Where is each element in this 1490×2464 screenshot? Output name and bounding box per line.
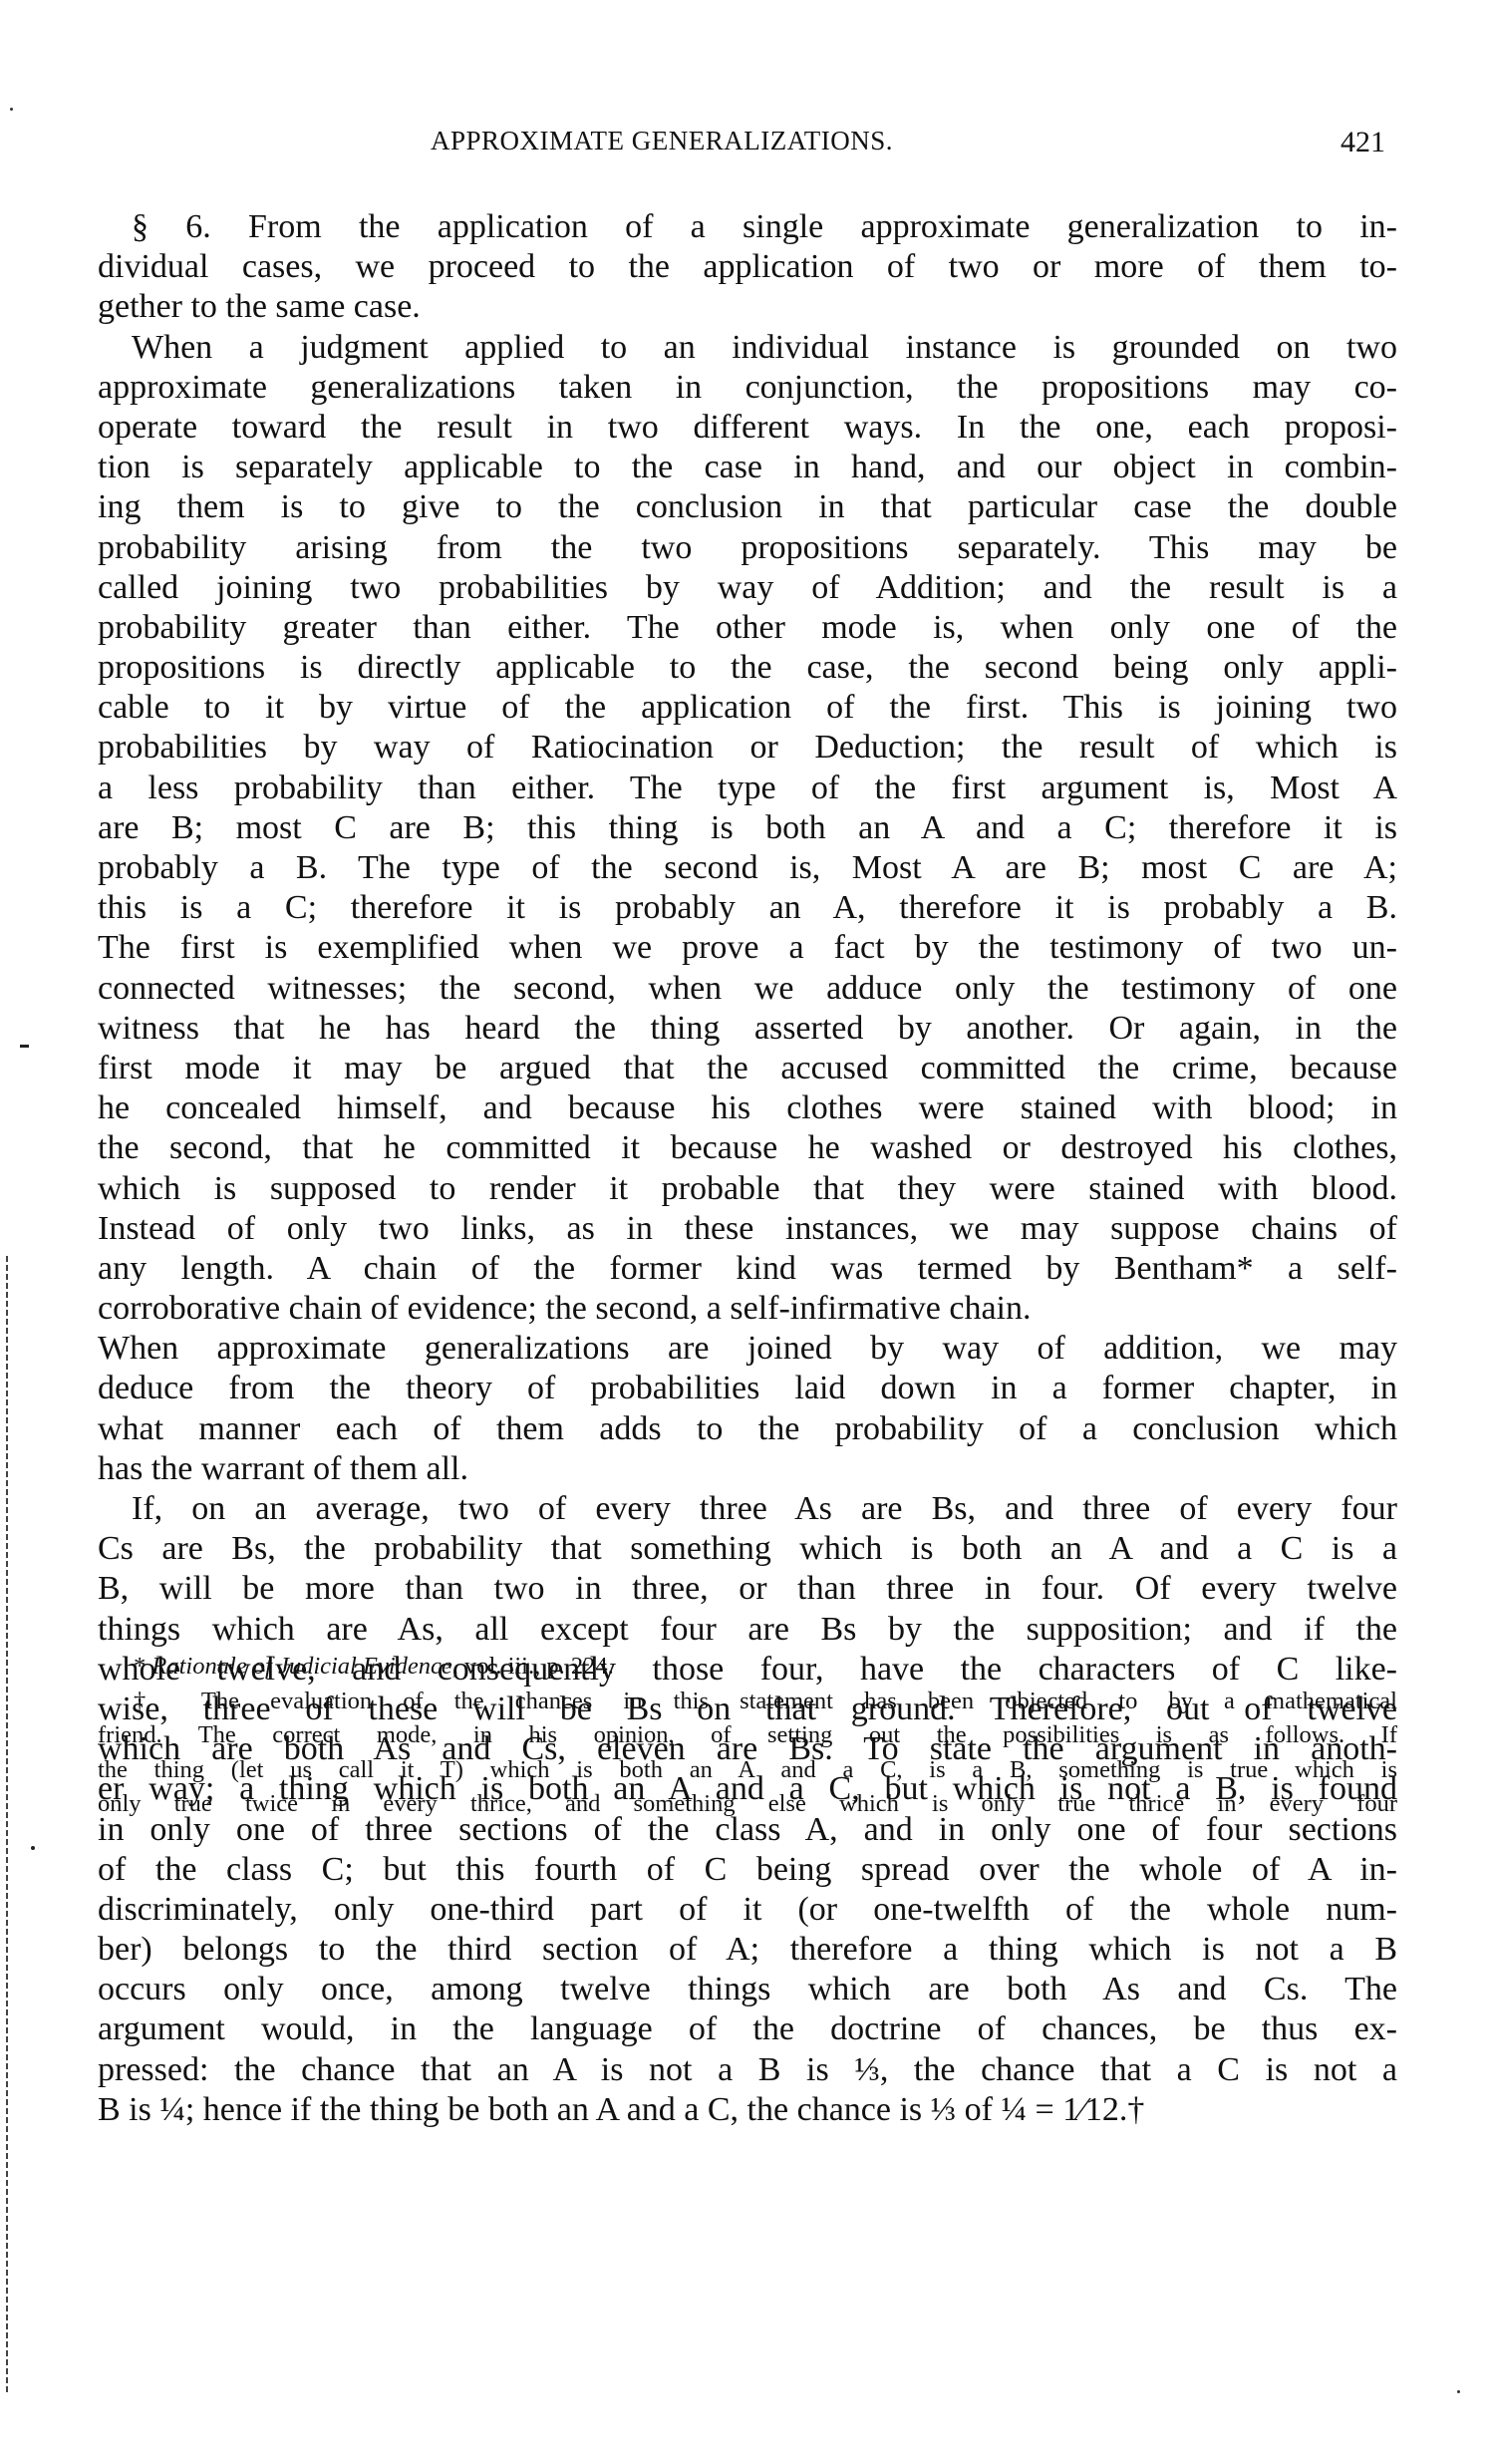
- body-line: Instead of only two links, as in these i…: [98, 1209, 1397, 1249]
- body-line: connected witnesses; the second, when we…: [98, 969, 1397, 1009]
- body-line: probability arising from the two proposi…: [98, 528, 1397, 568]
- running-head: APPROXIMATE GENERALIZATIONS.: [431, 126, 893, 156]
- footnote-title: Rationale of Judicial Evidence: [151, 1653, 451, 1680]
- body-line: argument would, in the language of the d…: [98, 2009, 1397, 2049]
- body-line: any length. A chain of the former kind w…: [98, 1249, 1397, 1289]
- footnote-dagger-line: only true twice in every thrice, and som…: [98, 1787, 1397, 1822]
- body-line: occurs only once, among twelve things wh…: [98, 1970, 1397, 2009]
- body-line: The first is exemplified when we prove a…: [98, 928, 1397, 968]
- body-line: approximate generalizations taken in con…: [98, 368, 1397, 408]
- body-line: which is supposed to render it probable …: [98, 1169, 1397, 1209]
- scan-speck: [1457, 2390, 1460, 2393]
- body-line: propositions is directly applicable to t…: [98, 648, 1397, 688]
- page-number: 421: [1341, 126, 1385, 159]
- footnote-star: * Rationale of Judicial Evidence, vol. i…: [98, 1650, 1397, 1685]
- body-line: things which are As, all except four are…: [98, 1610, 1397, 1650]
- footnote-dagger-line: the thing (let us call it T) which is bo…: [98, 1753, 1397, 1788]
- body-line: pressed: the chance that an A is not a B…: [98, 2050, 1397, 2090]
- scan-margin-line: [6, 1256, 8, 2392]
- body-line: When approximate generalizations are joi…: [98, 1329, 1397, 1369]
- body-line: If, on an average, two of every three As…: [98, 1489, 1397, 1529]
- body-line: the second, that he committed it because…: [98, 1128, 1397, 1168]
- body-line: cable to it by virtue of the application…: [98, 688, 1397, 728]
- footnote-marker: *: [134, 1653, 151, 1680]
- body-line: witness that he has heard the thing asse…: [98, 1009, 1397, 1049]
- body-line: § 6. From the application of a single ap…: [98, 207, 1397, 247]
- body-line: B is ¼; hence if the thing be both an A …: [98, 2090, 1397, 2130]
- body-line: dividual cases, we proceed to the applic…: [98, 247, 1397, 287]
- body-line: first mode it may be argued that the acc…: [98, 1049, 1397, 1088]
- body-line: Cs are Bs, the probability that somethin…: [98, 1529, 1397, 1569]
- footnote-dagger-line: † The evaluation of the chances in this …: [98, 1685, 1397, 1719]
- body-line: discriminately, only one-third part of i…: [98, 1890, 1397, 1930]
- body-line: corroborative chain of evidence; the sec…: [98, 1289, 1397, 1329]
- body-line: are B; most C are B; this thing is both …: [98, 808, 1397, 848]
- body-line: what manner each of them adds to the pro…: [98, 1409, 1397, 1449]
- body-line: has the warrant of them all.: [98, 1449, 1397, 1489]
- body-line: gether to the same case.: [98, 287, 1397, 327]
- body-line: operate toward the result in two differe…: [98, 408, 1397, 448]
- body-line: of the class C; but this fourth of C bei…: [98, 1850, 1397, 1890]
- footnote-citation: , vol. iii., p. 224.: [452, 1653, 614, 1680]
- body-line: he concealed himself, and because his cl…: [98, 1088, 1397, 1128]
- body-line: a less probability than either. The type…: [98, 769, 1397, 808]
- footnotes: * Rationale of Judicial Evidence, vol. i…: [98, 1650, 1397, 1822]
- body-text: § 6. From the application of a single ap…: [98, 207, 1397, 2130]
- body-line: tion is separately applicable to the cas…: [98, 448, 1397, 487]
- body-line: ing them is to give to the conclusion in…: [98, 487, 1397, 527]
- body-line: probably a B. The type of the second is,…: [98, 848, 1397, 888]
- body-line: this is a C; therefore it is probably an…: [98, 888, 1397, 928]
- footnote-dagger-line: friend. The correct mode, in his opinion…: [98, 1718, 1397, 1753]
- body-line: B, will be more than two in three, or th…: [98, 1569, 1397, 1609]
- margin-mark: [20, 1045, 29, 1048]
- body-line: probability greater than either. The oth…: [98, 608, 1397, 648]
- body-line: deduce from the theory of probabilities …: [98, 1369, 1397, 1408]
- body-line: When a judgment applied to an individual…: [98, 328, 1397, 368]
- body-line: probabilities by way of Ratiocination or…: [98, 728, 1397, 768]
- scan-speck: [10, 108, 13, 111]
- body-line: called joining two probabilities by way …: [98, 568, 1397, 608]
- margin-mark: [31, 1846, 35, 1850]
- body-line: ber) belongs to the third section of A; …: [98, 1930, 1397, 1970]
- book-page: APPROXIMATE GENERALIZATIONS. 421 § 6. Fr…: [0, 0, 1490, 2464]
